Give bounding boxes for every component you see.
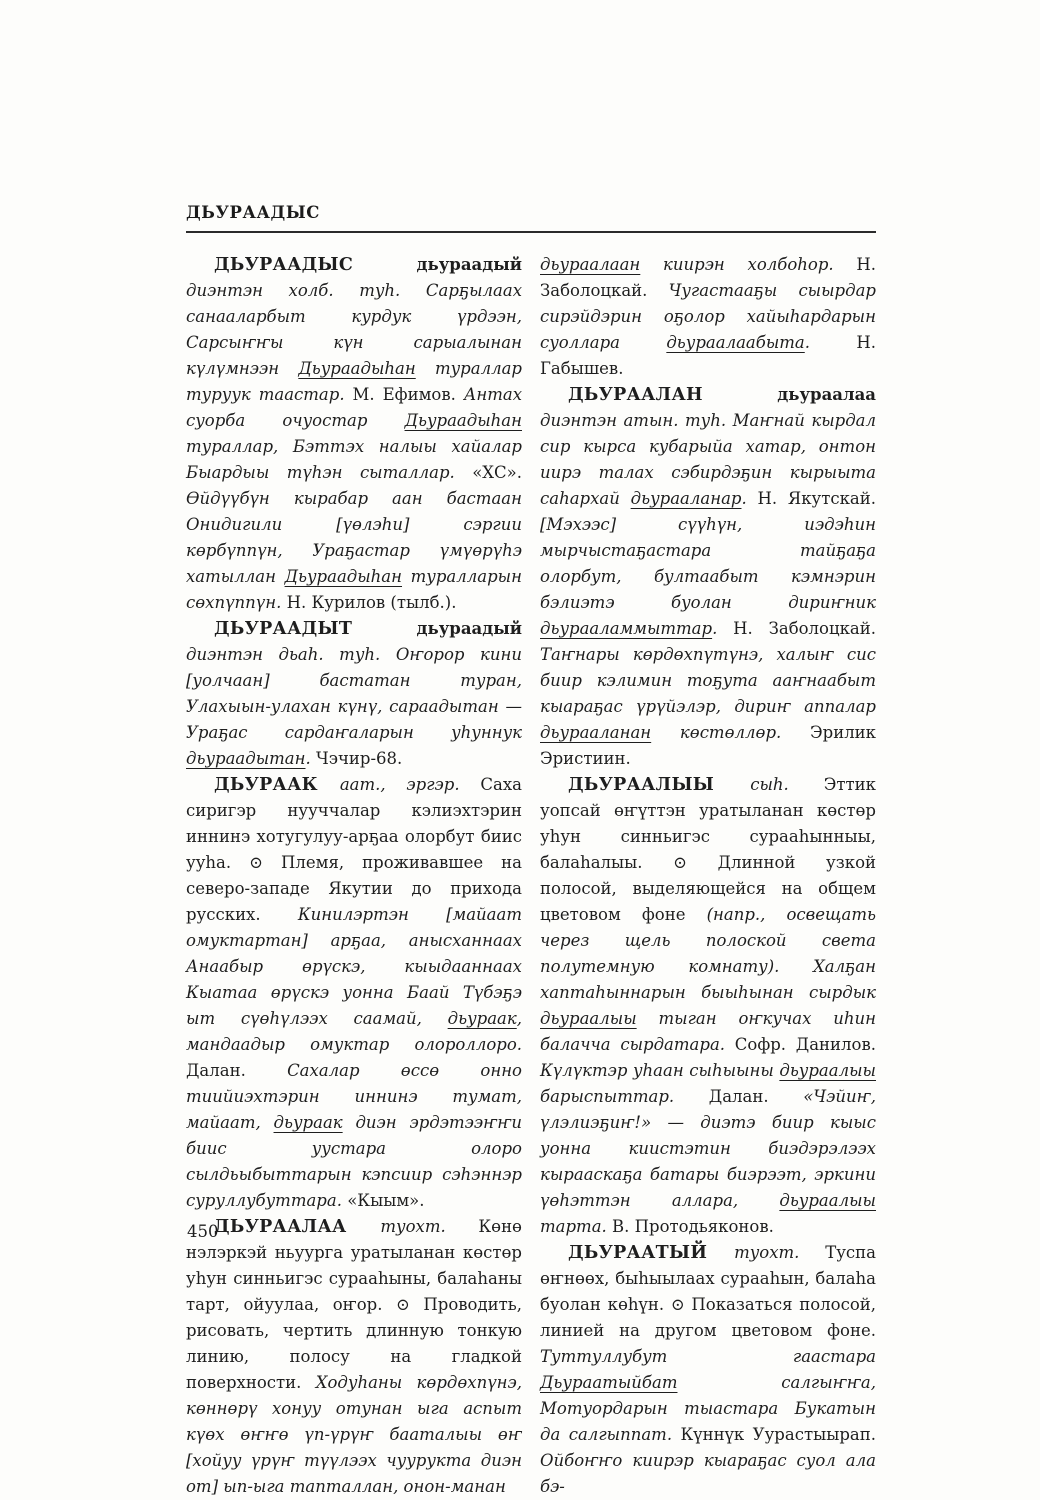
underlined-term: дьураалыы [540,1009,637,1028]
text-run: барыспыттар. [540,1087,709,1106]
entry-headword: ДЬУРААЛАН [568,385,777,405]
underlined-term: дьураалаан [540,255,640,274]
text-run: Күннүк Уурастыырап. [681,1425,876,1444]
text-columns: ДЬУРААДЫС дьураадый диэнтэн холб. туһ. С… [186,252,876,1500]
entry-dyuraatyy: ДЬУРААТЫЙ туохт. Туспа өҥнөөх, быһыылаах… [540,1240,876,1500]
text-run: «Кыым». [347,1191,424,1210]
entry-headword: ДЬУРААК [214,775,340,795]
underlined-term: дьураак [448,1009,517,1028]
entry-dyuraalaa: ДЬУРААЛАА туохт. Көнө нэлэркэй ньуурга у… [186,1214,522,1500]
underlined-term: Дьураадыһан [405,411,522,430]
text-run: Далан. [186,1061,287,1080]
text-run: киирэн холбоһор. [640,255,856,274]
header-rule [186,231,876,233]
page-number: 450 [187,1222,219,1241]
entry-dyuraalan: ДЬУРААЛАН дьураалаа диэнтэн атын. туһ. М… [540,382,876,772]
entry-headword: ДЬУРААЛАА [214,1217,380,1237]
text-run: Н. Якутскай. [757,489,876,508]
text-run: дьураалаа [777,385,876,404]
text-run: диэнтэн атын. туһ. [540,411,733,430]
text-run: Чэчир-68. [316,749,402,768]
underlined-term: дьурааланан [540,723,651,742]
text-run: Туттуллубут гаастара [540,1347,876,1366]
running-head: ДЬУРААДЫС [186,203,320,222]
text-run: Ойбоҥҥо киирэр кыараҕас суол ала бэ- [540,1451,876,1496]
entry-headword: ДЬУРААДЫС [214,255,417,275]
text-run: М. Ефимов. [353,385,464,404]
text-run: аат., эргэр. [340,775,481,794]
underlined-term: дьурааланар [631,489,742,508]
text-run: . [741,489,757,508]
left-column: ДЬУРААДЫС дьураадый диэнтэн холб. туһ. С… [186,252,522,1500]
text-run: дьураадый [417,619,522,638]
entry-headword: ДЬУРААДЫТ [214,619,417,639]
text-run: Эттик уопсай өҥүттэн уратыланан көстөр у… [540,775,876,924]
text-run: туохт. [734,1243,825,1262]
underlined-term: дьураалаабыта [666,333,804,352]
text-run: туохт. [380,1217,478,1236]
entry-dyuraadys: ДЬУРААДЫС дьураадый диэнтэн холб. туһ. С… [186,252,522,616]
entry-dyuraalaa-continuation: дьураалаан киирэн холбоһор. Н. Заболоцка… [540,252,876,382]
text-run: Н. Заболоцкай. [733,619,876,638]
text-run: Таҥнары көрдөхпүтүнэ, халыҥ сис биир кэл… [540,645,876,716]
text-run: Н. Курилов (тылб.). [287,593,457,612]
underlined-term: Дьураадыһан [285,567,402,586]
underlined-term: дьураадытан [186,749,306,768]
underlined-term: дьураалыы [779,1191,876,1210]
underlined-term: дьураалыы [779,1061,876,1080]
underlined-term: Дьураадыһан [298,359,415,378]
text-run: тарта. [540,1217,612,1236]
text-run: Көнө нэлэркэй ньуурга уратыланан көстөр … [186,1217,522,1392]
text-run: диэнтэн холб. туһ. [186,281,426,300]
text-run: Далан. [709,1087,803,1106]
text-run: Софр. Данилов. [735,1035,876,1054]
entry-headword: ДЬУРААЛЫЫ [568,775,750,795]
text-run: дьураадый [417,255,522,274]
entry-dyuraalyy: ДЬУРААЛЫЫ сыһ. Эттик уопсай өҥүттэн урат… [540,772,876,1240]
text-run: сыһ. [750,775,824,794]
text-run: Күлүктэр уһаан сыһыыны [540,1061,779,1080]
underlined-term: дьурааламмыттар [540,619,712,638]
text-run: диэнтэн дьаһ. туһ. [186,645,396,664]
right-column: дьураалаан киирэн холбоһор. Н. Заболоцка… [540,252,876,1500]
text-run: . [805,333,857,352]
underlined-term: дьураак [274,1113,343,1132]
text-run: . [712,619,733,638]
text-run: Саха сиригэр нууччалар кэлиэхтэрин иннин… [186,775,522,924]
entry-headword: ДЬУРААТЫЙ [568,1243,734,1263]
dictionary-page: ДЬУРААДЫС ДЬУРААДЫС дьураадый диэнтэн хо… [0,0,1040,1473]
text-run: . [306,749,317,768]
entry-dyuraadyt: ДЬУРААДЫТ дьураадый диэнтэн дьаһ. туһ. О… [186,616,522,772]
text-run: [Мэхээс] сүүһүн, иэдэһин мырчыстаҕастара… [540,515,876,612]
underlined-term: Дьураатыйбат [540,1373,677,1392]
text-run: В. Протодьяконов. [612,1217,774,1236]
text-run: «ХС». [472,463,522,482]
text-run: көстөллөр. [651,723,810,742]
entry-dyuraak: ДЬУРААК аат., эргэр. Саха сиригэр нуучча… [186,772,522,1214]
